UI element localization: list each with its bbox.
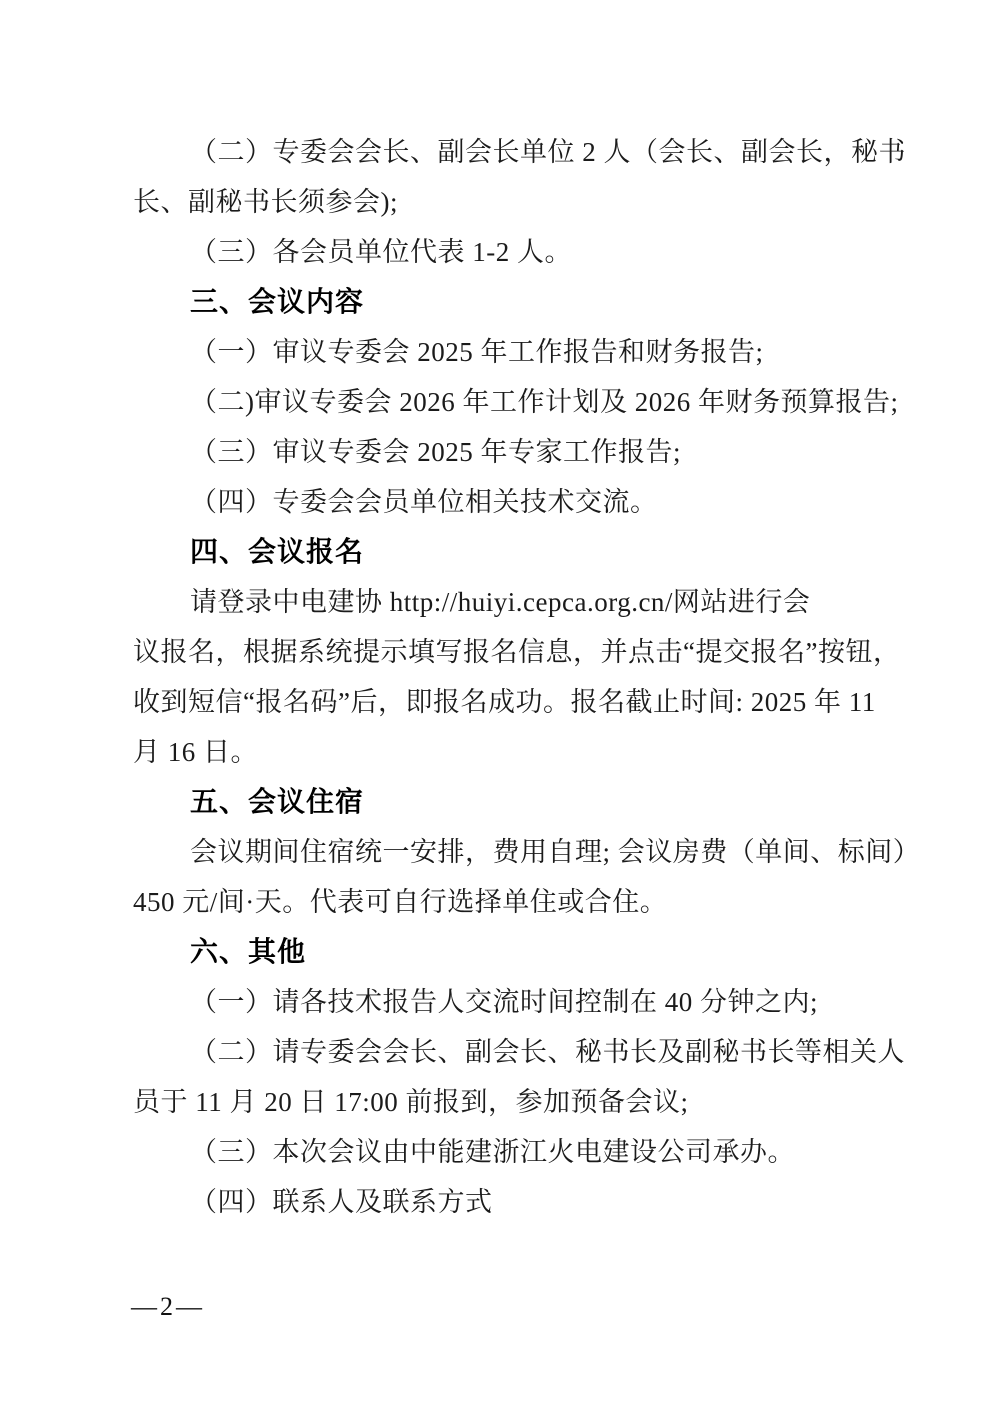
section-heading-other: 六、其他 (133, 927, 881, 977)
body-line-agenda-4: （四）专委会会员单位相关技术交流。 (133, 477, 881, 527)
body-line-registration-cont-1: 议报名，根据系统提示填写报名信息，并点击“提交报名”按钮， (133, 627, 881, 677)
body-line-agenda-2: （二)审议专委会 2026 年工作计划及 2026 年财务预算报告; (133, 377, 881, 427)
body-line-agenda-3: （三）审议专委会 2025 年专家工作报告; (133, 427, 881, 477)
section-heading-meeting-content: 三、会议内容 (133, 277, 881, 327)
body-line-other-2: （二）请专委会会长、副会长、秘书长及副秘书长等相关人 (133, 1027, 881, 1077)
body-line-attendee-leaders: （二）专委会会长、副会长单位 2 人（会长、副会长，秘书 (133, 127, 881, 177)
body-line-agenda-1: （一）审议专委会 2025 年工作报告和财务报告; (133, 327, 881, 377)
body-line-accommodation-1: 会议期间住宿统一安排，费用自理; 会议房费（单间、标间） (133, 827, 881, 877)
body-line-attendee-leaders-cont: 长、副秘书长须参会); (133, 177, 881, 227)
body-line-registration-url: 请登录中电建协 http://huiyi.cepca.org.cn/网站进行会 (133, 577, 881, 627)
section-heading-accommodation: 五、会议住宿 (133, 777, 881, 827)
body-line-other-4-contacts: （四）联系人及联系方式 (133, 1177, 881, 1227)
document-page: （二）专委会会长、副会长单位 2 人（会长、副会长，秘书 长、副秘书长须参会);… (0, 0, 992, 1403)
page-number: —2— (131, 1282, 205, 1332)
document-body: （二）专委会会长、副会长单位 2 人（会长、副会长，秘书 长、副秘书长须参会);… (133, 127, 881, 1227)
body-line-accommodation-2: 450 元/间·天。代表可自行选择单住或合住。 (133, 877, 881, 927)
body-line-registration-deadline: 月 16 日。 (133, 727, 881, 777)
body-line-other-3: （三）本次会议由中能建浙江火电建设公司承办。 (133, 1127, 881, 1177)
body-line-attendee-members: （三）各会员单位代表 1-2 人。 (133, 227, 881, 277)
section-heading-registration: 四、会议报名 (133, 527, 881, 577)
body-line-other-2-cont: 员于 11 月 20 日 17:00 前报到，参加预备会议; (133, 1077, 881, 1127)
body-line-other-1: （一）请各技术报告人交流时间控制在 40 分钟之内; (133, 977, 881, 1027)
body-line-registration-cont-2: 收到短信“报名码”后，即报名成功。报名截止时间: 2025 年 11 (133, 677, 881, 727)
